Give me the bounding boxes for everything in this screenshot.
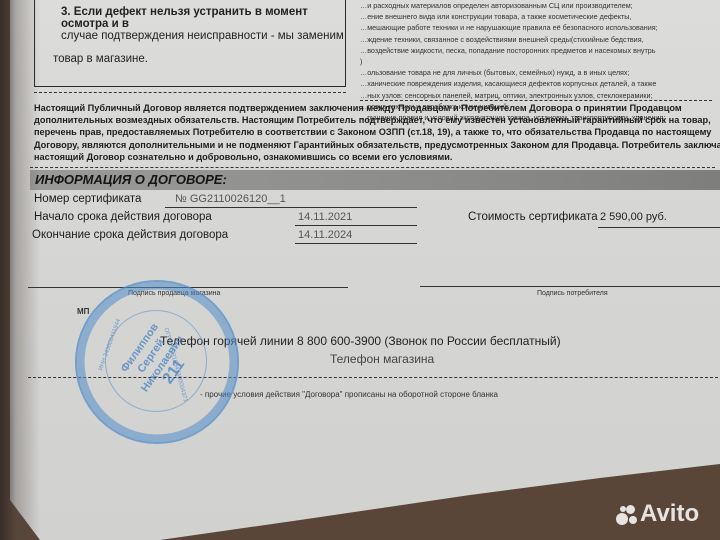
- intro-line: Настоящий Публичный Договор является под…: [34, 102, 714, 114]
- company-stamp: Филиппов Сергей Николаевич 211 ИНН 34560…: [75, 280, 239, 444]
- end-date-label: Окончание срока действия договора: [32, 229, 228, 241]
- exclusion-item: …ждение техники, связанное с воздействия…: [360, 34, 710, 45]
- intro-paragraph: Настоящий Публичный Договор является под…: [34, 102, 714, 163]
- notice-box: 3. Если дефект нельзя устранить в момент…: [34, 0, 346, 87]
- divider: [30, 167, 715, 168]
- intro-line: дополнительных возмездных обязательств. …: [34, 114, 714, 126]
- avito-logo-icon: [614, 504, 638, 526]
- intro-line: перечень прав, предоставляемых Потребите…: [34, 126, 714, 138]
- end-date-value: 14.11.2024: [298, 229, 352, 241]
- exclusion-item: …ользование товара не для личных (бытовы…: [360, 67, 710, 78]
- exclusion-item: …ение внешнего вида или конструкции това…: [360, 11, 710, 22]
- exclusion-item: …и расходных материалов определен автори…: [360, 0, 710, 11]
- price-label: Стоимость сертификата: [468, 211, 598, 223]
- consumer-signature-line: [420, 286, 720, 287]
- intro-line: настоящий Договор сознательно и добровол…: [34, 151, 714, 163]
- underline: [295, 225, 417, 226]
- avito-watermark: Avito: [640, 500, 699, 528]
- stamp-place-label: МП: [77, 307, 89, 316]
- document-sheet: 3. Если дефект нельзя устранить в момент…: [0, 0, 720, 540]
- divider: [34, 92, 346, 93]
- exclusion-item: …воздействие жидкости, песка, попадание …: [360, 45, 710, 56]
- certificate-number-label: Номер сертификата: [34, 193, 141, 205]
- section-heading: ИНФОРМАЦИЯ О ДОГОВОРЕ:: [35, 172, 227, 187]
- photo-shadow: [0, 0, 40, 540]
- notice-line: товар в магазине.: [53, 53, 148, 65]
- consumer-signature-label: Подпись потребителя: [537, 290, 608, 297]
- exclusion-item: …мешающие работе техники и не нарушающие…: [360, 22, 710, 33]
- underline: [165, 207, 417, 208]
- exclusion-item: ): [360, 56, 710, 67]
- terms-note: - прочие условия действия "Договора" про…: [200, 390, 498, 399]
- store-phone: Телефон магазина: [330, 352, 434, 366]
- notice-line: случае подтверждения неисправности - мы …: [61, 30, 344, 42]
- certificate-number-value: № GG2110026120__1: [175, 193, 286, 205]
- price-value: 2 590,00 руб.: [600, 211, 667, 223]
- start-date-value: 14.11.2021: [298, 211, 352, 223]
- notice-line: 3. Если дефект нельзя устранить в момент…: [61, 6, 345, 30]
- underline: [295, 243, 417, 244]
- contract-info-header: ИНФОРМАЦИЯ О ДОГОВОРЕ:: [30, 170, 720, 190]
- underline: [598, 227, 720, 228]
- start-date-label: Начало срока действия договора: [34, 211, 212, 223]
- intro-line: Договору, являются дополнительными и не …: [34, 139, 714, 151]
- exclusion-item: …ханические повреждения изделия, касающи…: [360, 78, 710, 89]
- divider: [360, 100, 712, 101]
